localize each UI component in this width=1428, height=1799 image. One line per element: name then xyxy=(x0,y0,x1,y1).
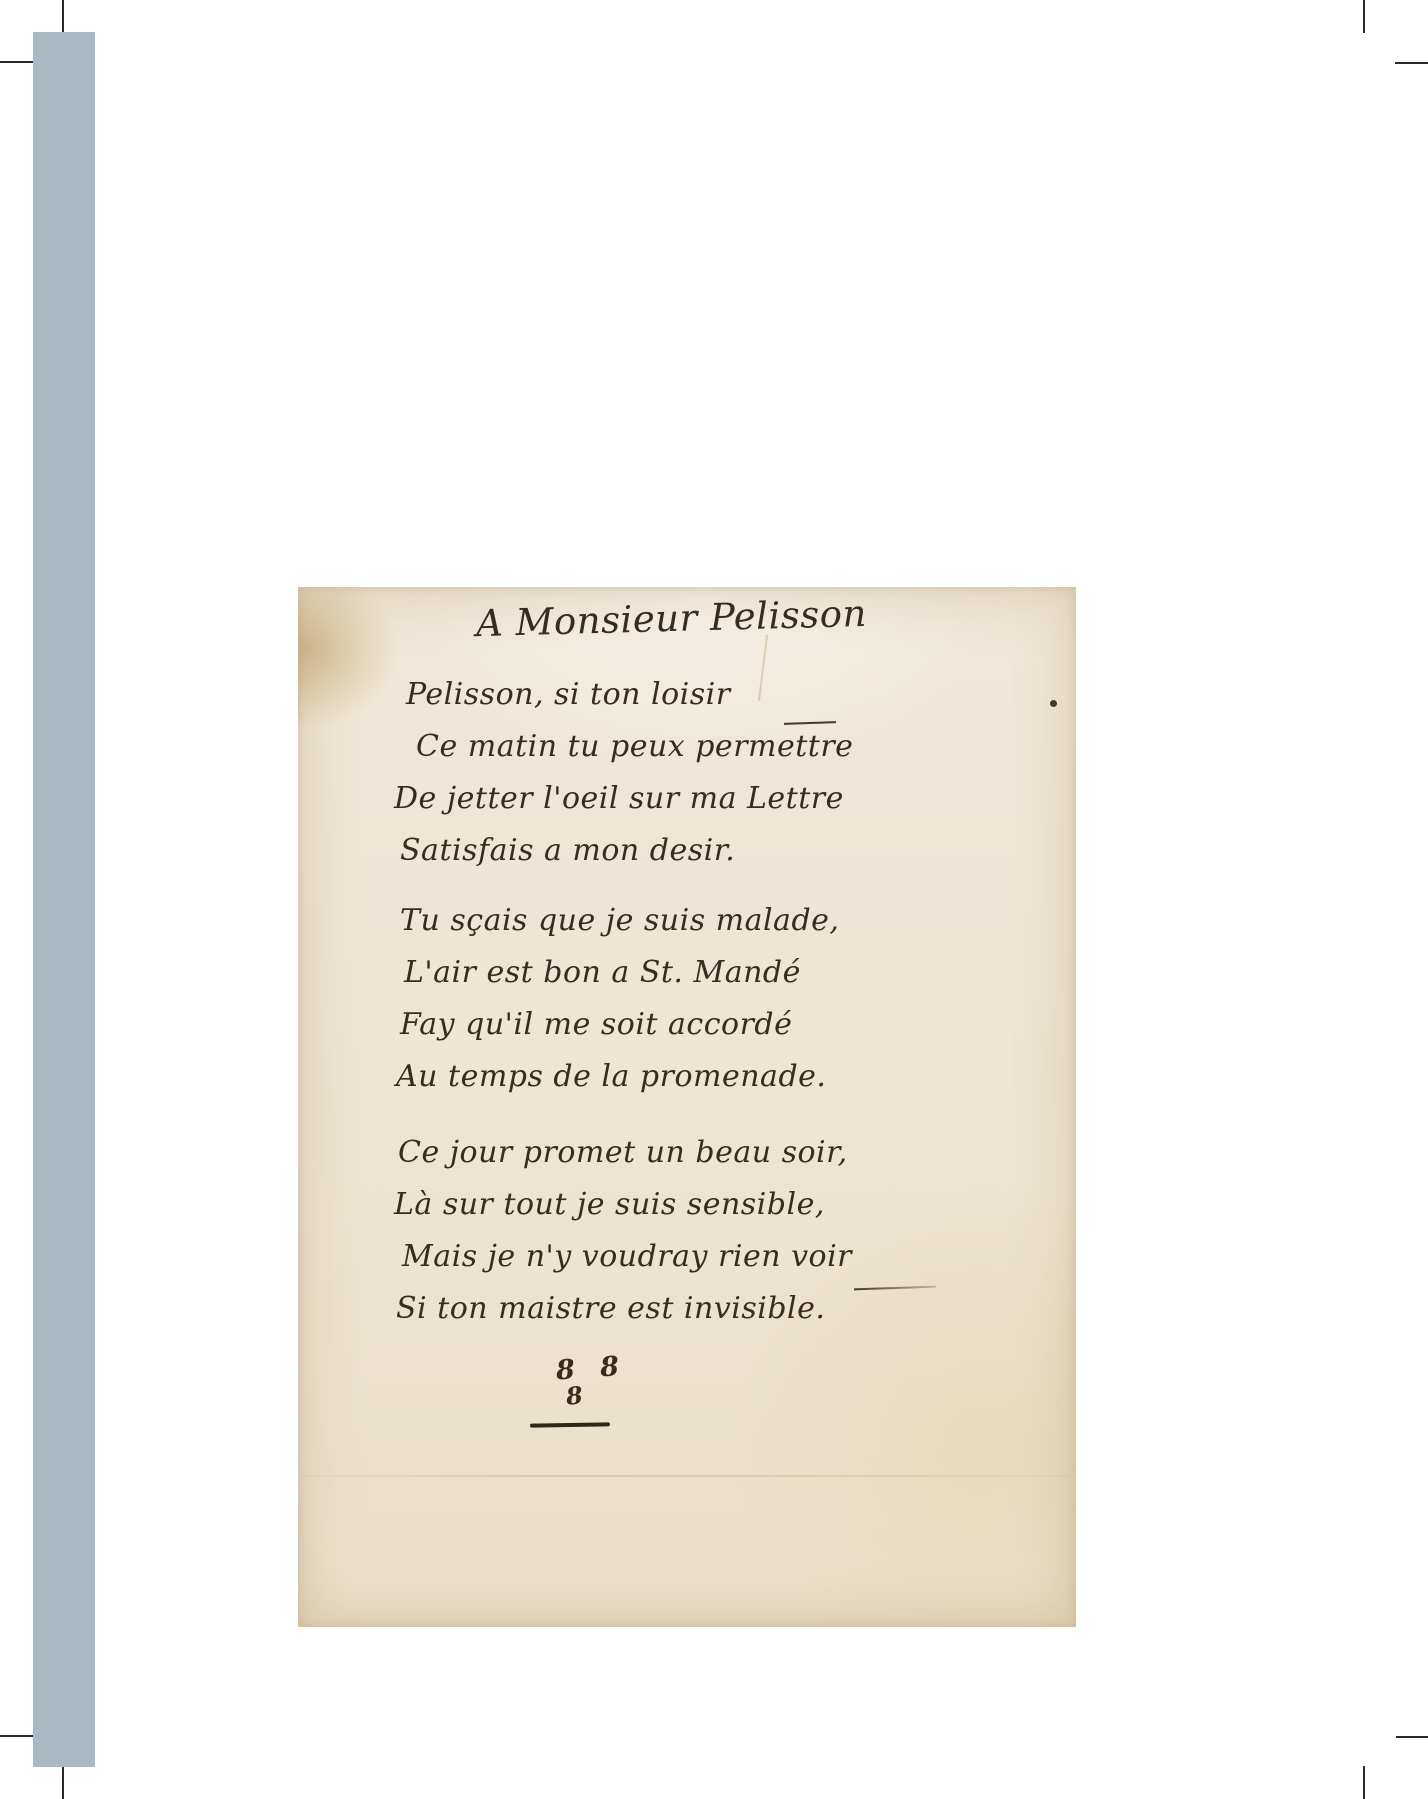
poem-line: Au temps de la promenade. xyxy=(396,1051,839,1103)
ink-spot xyxy=(1050,700,1057,707)
poem-line: L'air est bon a St. Mandé xyxy=(404,947,839,999)
crop-mark-bottom-left-vertical xyxy=(62,1766,64,1799)
bleed-bar xyxy=(33,32,95,1767)
poem-line: Ce jour promet un beau soir, xyxy=(398,1127,852,1179)
page: { "print_layout": { "background": "#ffff… xyxy=(0,0,1428,1799)
poem-line: Pelisson, si ton loisir xyxy=(406,669,853,721)
poem-title: A Monsieur Pelisson xyxy=(476,592,868,645)
poem-line: Tu sçais que je suis malade, xyxy=(400,895,839,947)
poem-stanza-3: Ce jour promet un beau soir, Là sur tout… xyxy=(394,1127,852,1335)
poem-line: Si ton maistre est invisible. xyxy=(396,1283,852,1335)
poem-line: Fay qu'il me soit accordé xyxy=(400,999,839,1051)
manuscript-page: A Monsieur Pelisson Pelisson, si ton loi… xyxy=(298,587,1076,1627)
paper-crease-horizontal xyxy=(302,1475,1070,1477)
scribe-marks-underline xyxy=(530,1422,610,1427)
crop-mark-bottom-left-horizontal xyxy=(0,1735,35,1737)
poem-stanza-1: Pelisson, si ton loisir Ce matin tu peux… xyxy=(394,669,853,877)
crop-mark-top-right-vertical xyxy=(1363,0,1365,33)
scribe-marks-row2: 8 xyxy=(565,1380,585,1411)
poem-line: De jetter l'oeil sur ma Lettre xyxy=(394,773,853,825)
poem-line: Satisfais a mon desir. xyxy=(400,825,853,877)
crop-mark-top-left-vertical xyxy=(62,0,64,33)
poem-line: Mais je n'y voudray rien voir xyxy=(402,1231,852,1283)
poem-line: Ce matin tu peux permettre xyxy=(416,721,853,773)
poem-stanza-2: Tu sçais que je suis malade, L'air est b… xyxy=(394,895,839,1103)
crop-mark-top-right-horizontal xyxy=(1395,62,1428,64)
crop-mark-bottom-right-vertical xyxy=(1363,1766,1365,1799)
poem-line: Là sur tout je suis sensible, xyxy=(394,1179,852,1231)
crop-mark-top-left-horizontal xyxy=(0,61,35,63)
crop-mark-bottom-right-horizontal xyxy=(1396,1736,1428,1738)
pen-flourish-stroke xyxy=(854,1286,936,1291)
